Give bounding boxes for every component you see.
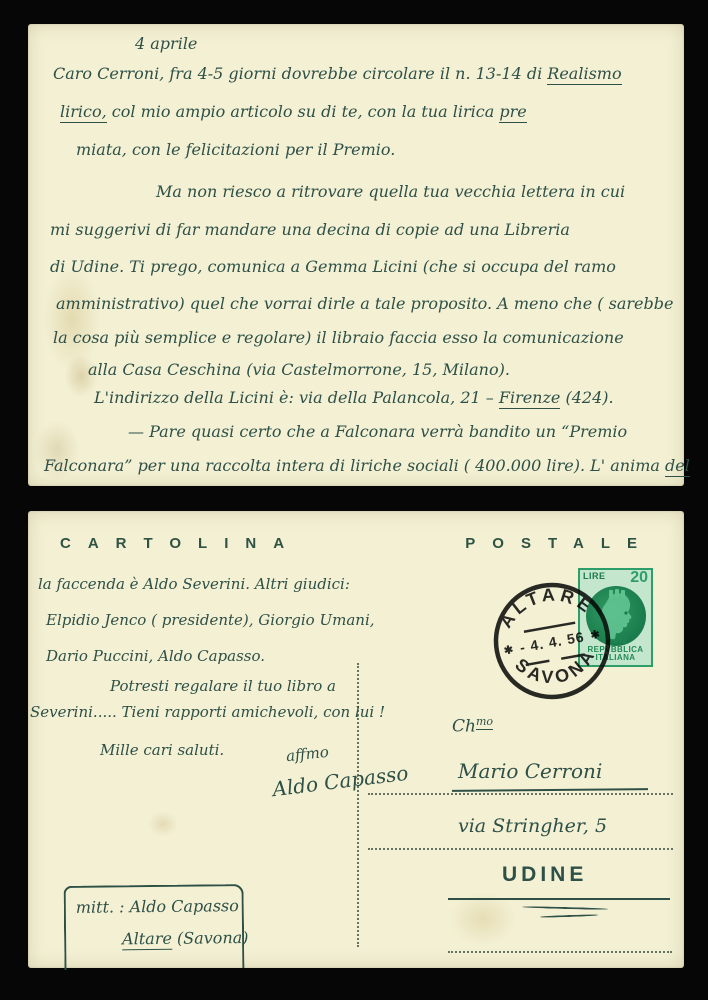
printed-header: CARTOLINA POSTALE [60,535,654,552]
addressee-street: via Stringher, 5 [458,815,607,837]
sender-place: Altare [122,929,172,951]
closing-affmo: affmo [285,743,329,765]
sender-box: mitt. : Aldo Capasso Altare (Savona) [64,884,245,970]
postmark-star-left: ✱ [503,644,514,657]
handwritten-line: — Pare quasi certo che a Falconara verrà… [128,422,627,441]
addressee-name: Mario Cerroni [458,759,602,783]
city-flourish-underline [522,906,608,910]
handwritten-line: Falconara” per una raccolta intera di li… [44,456,690,475]
postmark-altare-savona: ALTARE SAVONA - 4. 4. 56 ✱ ✱ [480,569,624,713]
handwritten-line: la faccenda è Aldo Severini. Altri giudi… [38,575,350,593]
honorific: Chmo [452,715,493,737]
handwritten-line: Caro Cerroni, fra 4-5 giorni dovrebbe ci… [53,64,622,83]
addressee-city: UDINE [502,863,587,887]
honorific-superscript: mo [476,715,493,730]
handwritten-line: Severini..... Tieni rapporti amichevoli,… [30,703,385,721]
postmark-star-right: ✱ [590,629,601,642]
handwritten-line: lirico, col mio ampio articolo su di te,… [60,102,527,121]
sender-place-line: Altare (Savona) [122,928,249,948]
stain [148,811,178,837]
signature: Aldo Capasso [271,761,409,801]
handwritten-line: Dario Puccini, Aldo Capasso. [46,647,265,665]
city-underline [448,898,670,900]
sender-name: Aldo Capasso [129,896,238,916]
handwritten-line: amministrativo) quel che vorrai dirle a … [56,294,673,313]
handwritten-line: L'indirizzo della Licini è: via della Pa… [94,388,614,407]
handwritten-line: Elpidio Jenco ( presidente), Giorgio Uma… [46,611,375,629]
address-divider-line [357,663,359,947]
postcard-front-message-side: 4 aprileCaro Cerroni, fra 4-5 giorni dov… [28,24,684,486]
scanned-postcard-page: 4 aprileCaro Cerroni, fra 4-5 giorni dov… [0,0,708,1000]
stain [42,264,102,374]
handwritten-line: la cosa più semplice e regolare) il libr… [53,328,624,347]
handwritten-line: miata, con le felicitazioni per il Premi… [76,140,395,159]
sender-place-suffix: (Savona) [172,928,249,948]
handwritten-line: di Udine. Ti prego, comunica a Gemma Lic… [50,257,616,276]
handwritten-line: Mille cari saluti. [100,741,224,759]
handwritten-line: Potresti regalare il tuo libro a [110,677,336,695]
address-rule-1 [368,793,673,795]
handwritten-line: alla Casa Ceschina (via Castelmorrone, 1… [88,360,510,379]
city-flourish-underline [540,914,598,918]
sender-label: mitt. : [76,897,130,917]
sender-name-line: mitt. : Aldo Capasso [76,896,239,917]
address-rule-2 [368,848,673,850]
address-rule-3 [448,951,672,953]
handwritten-line: 4 aprile [135,34,197,53]
stamp-value: 20 [630,571,648,585]
addressee-underline [452,788,648,792]
handwritten-line: mi suggerivi di far mandare una decina d… [50,220,570,239]
handwritten-line: Ma non riesco a ritrovare quella tua vec… [156,182,625,201]
postcard-back-address-side: CARTOLINA POSTALE la faccenda è Aldo Sev… [28,511,684,968]
postmark-date: - 4. 4. 56 [519,628,586,655]
header-word-cartolina: CARTOLINA [60,535,301,552]
header-word-postale: POSTALE [465,535,654,552]
